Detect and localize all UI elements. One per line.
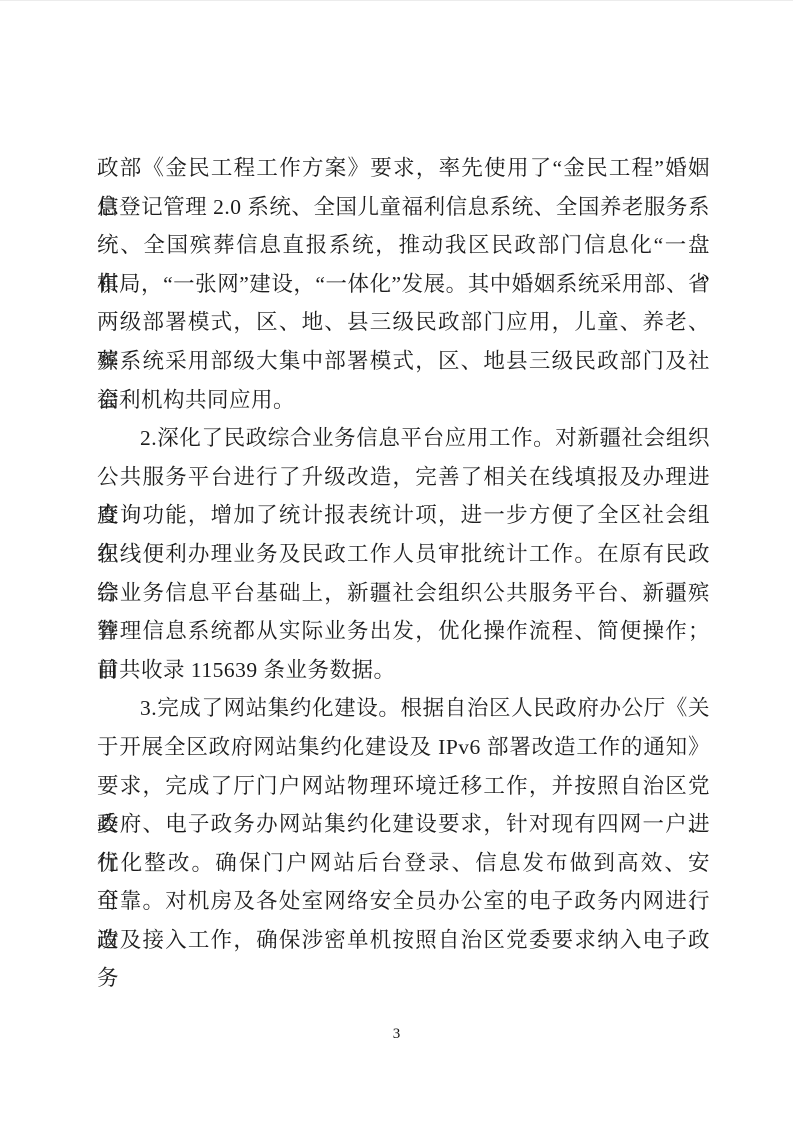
text-line: 要求，完成了厅门户网站物理环境迁移工作，并按照自治区党委、	[97, 767, 710, 806]
text-line: 于开展全区政府网站集约化建设及 IPv6 部署改造工作的通知》	[97, 728, 710, 767]
page-number: 3	[0, 1023, 793, 1045]
text-line: 合业务信息平台基础上，新疆社会组织公共服务平台、新疆殡葬	[97, 574, 710, 613]
text-line: 造及接入工作，确保涉密单机按照自治区党委要求纳入电子政务	[97, 921, 710, 960]
text-line: 管理信息系统都从实际业务出发，优化操作流程、简便操作；目	[97, 612, 710, 651]
text-line: 福利机构共同应用。	[97, 381, 710, 420]
text-line: 政府、电子政务办网站集约化建设要求，针对现有四网一户进行	[97, 805, 710, 844]
text-line: 2.深化了民政综合业务信息平台应用工作。对新疆社会组织	[97, 419, 710, 458]
document-viewport: { "document": { "page_number": "3", "lin…	[0, 0, 793, 1122]
text-line: 3.完成了网站集约化建设。根据自治区人民政府办公厅《关	[97, 689, 710, 728]
text-line: 两级部署模式，区、地、县三级民政部门应用，儿童、养老、殡	[97, 303, 710, 342]
text-line: 在线便利办理业务及民政工作人员审批统计工作。在原有民政综	[97, 535, 710, 574]
document-page: 政部《金民工程工作方案》要求，率先使用了“金民工程”婚姻信 息登记管理 2.0 …	[0, 0, 793, 1122]
text-line: 公共服务平台进行了升级改造，完善了相关在线填报及办理进度	[97, 458, 710, 497]
text-line: 葬系统采用部级大集中部署模式，区、地县三级民政部门及社会	[97, 342, 710, 381]
text-line: 前共收录 115639 条业务数据。	[97, 651, 710, 690]
document-body-text: 政部《金民工程工作方案》要求，率先使用了“金民工程”婚姻信 息登记管理 2.0 …	[97, 149, 710, 959]
text-line: 优化整改。确保门户网站后台登录、信息发布做到高效、安全、	[97, 844, 710, 883]
text-line: 统、全国殡葬信息直报系统，推动我区民政部门信息化“一盘棋”	[97, 226, 710, 265]
text-line: 查询功能，增加了统计报表统计项，进一步方便了全区社会组织	[97, 496, 710, 535]
text-line: 息登记管理 2.0 系统、全国儿童福利信息系统、全国养老服务系	[97, 188, 710, 227]
text-line: 布局，“一张网”建设，“一体化”发展。其中婚姻系统采用部、省	[97, 265, 710, 304]
text-line: 可靠。对机房及各处室网络安全员办公室的电子政务内网进行改	[97, 882, 710, 921]
text-line: 政部《金民工程工作方案》要求，率先使用了“金民工程”婚姻信	[97, 149, 710, 188]
